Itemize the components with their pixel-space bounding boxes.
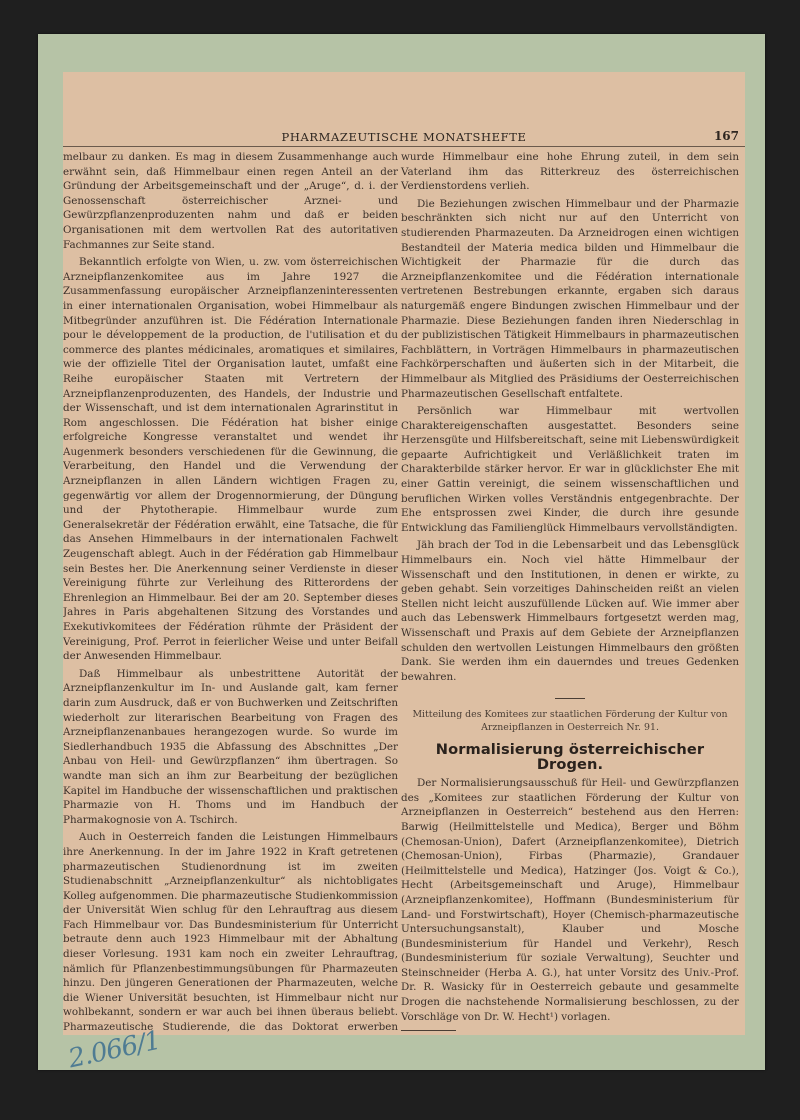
committee-notice: Mitteilung des Komitees zur staatlichen … [401,709,739,735]
right-column: wurde Himmelbaur eine hohe Ehrung zuteil… [401,150,739,1035]
paragraph: Bekanntlich erfolgte von Wien, u. zw. vo… [63,255,398,664]
page-number: 167 [714,129,739,143]
paragraph: wurde Himmelbaur eine hohe Ehrung zuteil… [401,150,739,194]
paragraph: Persönlich war Himmelbaur mit wertvollen… [401,404,739,535]
running-head: PHARMAZEUTISCHE MONATSHEFTE 167 [63,126,745,147]
paragraph: Auch in Oesterreich fanden die Leistunge… [63,830,398,1035]
footnote-rule [401,1030,456,1031]
section-divider [555,698,585,699]
section-title: Normalisierung österreichischer Drogen. [401,743,739,772]
running-title: PHARMAZEUTISCHE MONATSHEFTE [63,130,745,144]
journal-clipping: PHARMAZEUTISCHE MONATSHEFTE 167 melbaur … [63,72,745,1035]
paragraph: Der Normalisierungsausschuß für Heil- un… [401,776,739,1024]
paragraph: Jäh brach der Tod in die Lebensarbeit un… [401,538,739,684]
paragraph: Daß Himmelbaur als unbestrittene Autorit… [63,667,398,828]
paragraph: Die Beziehungen zwischen Himmelbaur und … [401,197,739,401]
paragraph: melbaur zu danken. Es mag in diesem Zusa… [63,150,398,252]
left-column: melbaur zu danken. Es mag in diesem Zusa… [63,150,398,1035]
